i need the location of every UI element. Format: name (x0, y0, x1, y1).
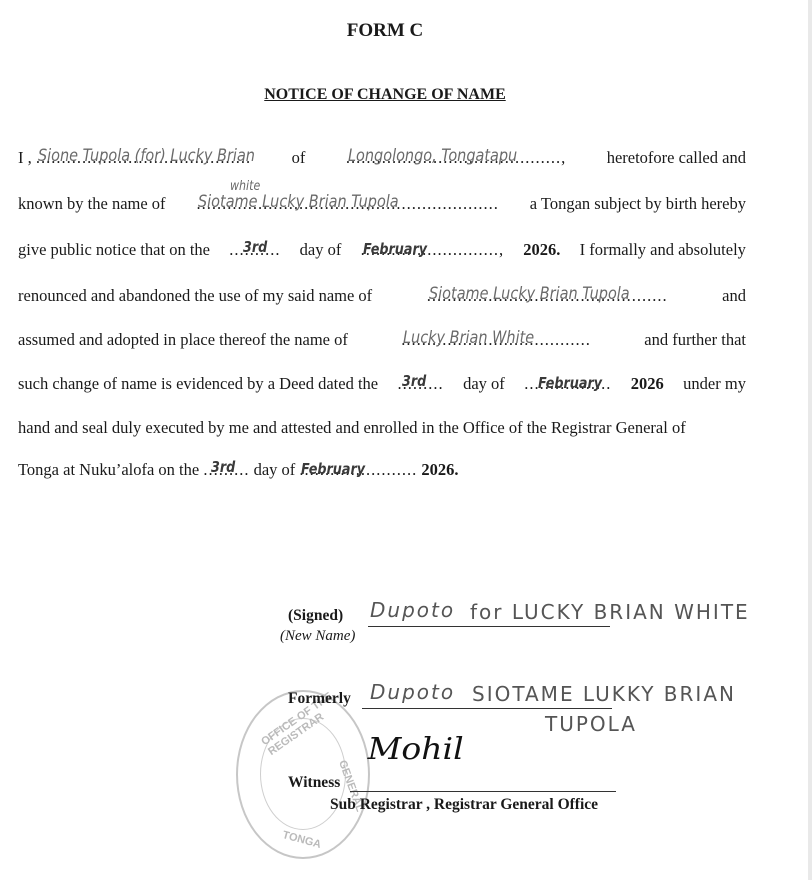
page-edge (808, 0, 812, 880)
formerly-handwriting-2: TUPOLA (545, 712, 637, 736)
body-line-8: Tonga at Nuku’alofa on the ......... 3rd… (18, 460, 746, 480)
renounced-name-handwriting: Siotame Lucky Brian Tupola (429, 284, 630, 304)
deed-day-handwriting: 3rd (402, 372, 426, 390)
formerly-handwriting: SIOTAME LUKKY BRIAN (472, 682, 736, 706)
body-line-5: assumed and adopted in place thereof the… (18, 330, 746, 350)
new-name-field[interactable]: ..................................... Lu… (401, 330, 591, 350)
formerly-label: Formerly (288, 690, 351, 707)
notice-month-handwriting: February (363, 240, 427, 258)
form-heading: NOTICE OF CHANGE OF NAME (0, 86, 770, 104)
witness-label: Witness (288, 774, 340, 791)
body-line-7: hand and seal duly executed by me and at… (18, 418, 746, 438)
witness-row: Witness (288, 774, 340, 792)
enrolled-day-field[interactable]: ......... 3rd (203, 460, 249, 480)
form-title: FORM C (0, 20, 770, 42)
body-line-4: renounced and abandoned the use of my sa… (18, 286, 746, 306)
notice-day-field[interactable]: .......... 3rd (229, 240, 280, 260)
signed-line[interactable] (368, 626, 610, 627)
formerly-signature: Dupoto (370, 680, 455, 704)
signed-row: (Signed) (288, 607, 343, 625)
witness-signature: Mohil (368, 732, 464, 767)
deed-day-field[interactable]: ......... 3rd (398, 374, 444, 394)
deed-month-field[interactable]: ................. February (524, 374, 611, 394)
applicant-name-handwriting: Sione Tupola (for) Lucky Brian (38, 146, 255, 166)
new-name-handwriting: Lucky Brian White (403, 328, 534, 348)
applicant-name-field[interactable]: ........................................… (36, 148, 251, 168)
enrolled-day-handwriting: 3rd (211, 458, 235, 476)
notice-month-field[interactable]: ..........................., February (361, 240, 505, 260)
witness-title: Sub Registrar , Registrar General Office (330, 796, 598, 813)
signed-label: (Signed) (288, 607, 343, 624)
body-line-2: known by the name of ...................… (18, 194, 746, 214)
enrolled-month-field[interactable]: ....................... February (299, 460, 417, 480)
renounced-name-field[interactable]: ........................................… (427, 286, 668, 306)
residence-handwriting: Longolongo, Tongatapu (348, 146, 517, 166)
notice-day-handwriting: 3rd (243, 238, 267, 256)
body-line-1: I , ....................................… (18, 148, 746, 168)
enrolled-month-handwriting: February (301, 460, 365, 478)
former-name-field[interactable]: ........................................… (196, 194, 498, 214)
signed-signature: Dupoto (370, 598, 455, 622)
deed-month-handwriting: February (538, 374, 602, 392)
former-name-handwriting: Siotame Lucky Brian Tupola (198, 192, 399, 212)
witness-line[interactable] (350, 791, 616, 792)
seal-bottom-text: TONGA (281, 829, 322, 851)
residence-field[interactable]: ........................................… (346, 148, 566, 168)
body-line-6: such change of name is evidenced by a De… (18, 374, 746, 394)
formerly-line[interactable] (362, 708, 612, 709)
signed-handwriting: for LUCKY BRIAN WHITE (470, 600, 750, 624)
new-name-label: (New Name) (280, 628, 355, 645)
witness-title-row: Sub Registrar , Registrar General Office (330, 796, 598, 814)
formerly-row: Formerly (288, 690, 351, 708)
body-line-3: give public notice that on the .........… (18, 240, 746, 260)
